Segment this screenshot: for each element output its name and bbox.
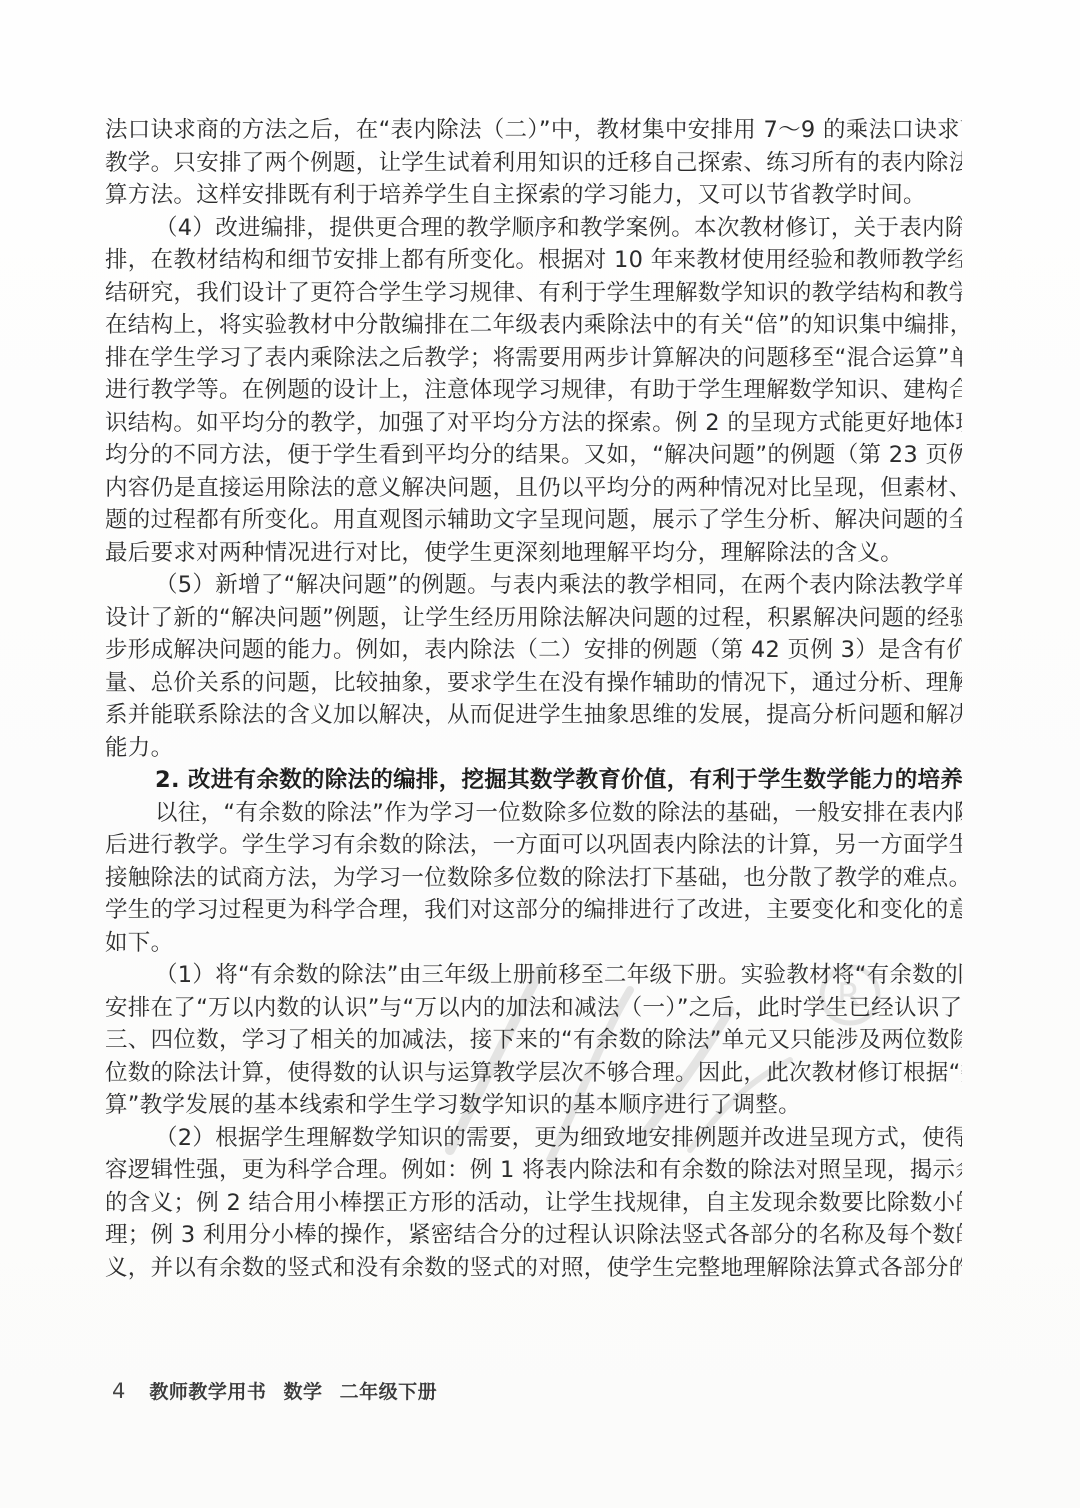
page-footer: 4 教师教学用书 数学 二年级下册 xyxy=(112,1377,447,1404)
text-line: 题的过程都有所变化。用直观图示辅助文字呈现问题，展示了学生分析、解决问题的全过程… xyxy=(105,504,962,537)
book-title-grade: 二年级下册 xyxy=(340,1381,438,1403)
document-page: R 法口诀求商的方法之后，在“表内除法（二）”中，教材集中安排用 7～9 的乘法… xyxy=(0,0,1080,1508)
page-number: 4 xyxy=(112,1379,125,1403)
paragraph-last-line: 算”教学发展的基本线索和学生学习数学知识的基本顺序进行了调整。 xyxy=(105,1089,962,1122)
paragraph-last-line: 能力。 xyxy=(105,732,962,765)
text-line: 义，并以有余数的竖式和没有余数的竖式的对照，使学生完整地理解除法算式各部分的含 xyxy=(105,1252,962,1285)
paragraph-first-line: （2）根据学生理解数学知识的需要，更为细致地安排例题并改进呈现方式，使得教学内 xyxy=(105,1122,962,1155)
paragraph-first-line: （1）将“有余数的除法”由三年级上册前移至二年级下册。实验教材将“有余数的除法” xyxy=(105,959,962,992)
text-line: 法口诀求商的方法之后，在“表内除法（二）”中，教材集中安排用 7～9 的乘法口诀… xyxy=(105,114,962,147)
book-title: 教师教学用书 数学 二年级下册 xyxy=(149,1377,447,1404)
text-line: 进行教学等。在例题的设计上，注意体现学习规律，有助于学生理解数学知识、建构合理的… xyxy=(105,374,962,407)
text-line: 位数的除法计算，使得数的认识与运算教学层次不够合理。因此，此次教材修订根据“数与… xyxy=(105,1057,962,1090)
text-line: 识结构。如平均分的教学，加强了对平均分方法的探索。例 2 的呈现方式能更好地体现… xyxy=(105,407,962,440)
book-title-subject: 数学 xyxy=(284,1381,323,1403)
paragraph-last-line: 如下。 xyxy=(105,927,962,960)
text-line: 容逻辑性强，更为科学合理。例如：例 1 将表内除法和有余数的除法对照呈现，揭示余… xyxy=(105,1154,962,1187)
text-line: 系并能联系除法的含义加以解决，从而促进学生抽象思维的发展，提高分析问题和解决问题… xyxy=(105,699,962,732)
paragraph-first-line: （5）新增了“解决问题”的例题。与表内乘法的教学相同，在两个表内除法教学单元中都 xyxy=(105,569,962,602)
text-line: 学生的学习过程更为科学合理，我们对这部分的编排进行了改进，主要变化和变化的意义 xyxy=(105,894,962,927)
book-title-part: 教师教学用书 xyxy=(149,1381,266,1403)
text-line: 接触除法的试商方法，为学习一位数除多位数的除法打下基础，也分散了教学的难点。为了… xyxy=(105,862,962,895)
text-line: 均分的不同方法，便于学生看到平均分的结果。又如，“解决问题”的例题（第 23 页… xyxy=(105,439,962,472)
paragraph-first-line: （4）改进编排，提供更合理的教学顺序和教学案例。本次教材修订，关于表内除法的编 xyxy=(105,212,962,245)
paragraph-last-line: 算方法。这样安排既有利于培养学生自主探索的学习能力，又可以节省教学时间。 xyxy=(105,179,962,212)
paragraph-first-line: 以往，“有余数的除法”作为学习一位数除多位数的除法的基础，一般安排在表内除法之 xyxy=(105,797,962,830)
text-line: 步形成解决问题的能力。例如，表内除法（二）安排的例题（第 42 页例 3）是含有… xyxy=(105,634,962,667)
text-line: 排在学生学习了表内乘除法之后教学；将需要用两步计算解决的问题移至“混合运算”单元… xyxy=(105,342,962,375)
section-heading: 2. 改进有余数的除法的编排，挖掘其数学教育价值，有利于学生数学能力的培养 xyxy=(105,764,962,797)
text-line: 排，在教材结构和细节安排上都有所变化。根据对 10 年来教材使用经验和教师教学经… xyxy=(105,244,962,277)
text-line: 三、四位数，学习了相关的加减法，接下来的“有余数的除法”单元又只能涉及两位数除以… xyxy=(105,1024,962,1057)
text-line: 安排在了“万以内数的认识”与“万以内的加法和减法（一）”之后，此时学生已经认识了 xyxy=(105,992,962,1025)
text-line: 教学。只安排了两个例题，让学生试着利用知识的迁移自己探索、练习所有的表内除法题的… xyxy=(105,147,962,180)
text-line: 结研究，我们设计了更符合学生学习规律、有利于学生理解数学知识的教学结构和教学案例… xyxy=(105,277,962,310)
text-line: 设计了新的“解决问题”例题，让学生经历用除法解决问题的过程，积累解决问题的经验，… xyxy=(105,602,962,635)
body-text: 法口诀求商的方法之后，在“表内除法（二）”中，教材集中安排用 7～9 的乘法口诀… xyxy=(105,114,965,1284)
text-line: 的含义；例 2 结合用小棒摆正方形的活动，让学生找规律，自主发现余数要比除数小的… xyxy=(105,1187,962,1220)
paragraph-last-line: 最后要求对两种情况进行对比，使学生更深刻地理解平均分，理解除法的含义。 xyxy=(105,537,962,570)
text-line: 后进行教学。学生学习有余数的除法，一方面可以巩固表内除法的计算，另一方面学生将初… xyxy=(105,829,962,862)
text-line: 在结构上，将实验教材中分散编排在二年级表内乘除法中的有关“倍”的知识集中编排，并… xyxy=(105,309,962,342)
text-line: 理；例 3 利用分小棒的操作，紧密结合分的过程认识除法竖式各部分的名称及每个数的… xyxy=(105,1219,962,1252)
text-line: 量、总价关系的问题，比较抽象，要求学生在没有操作辅助的情况下，通过分析、理解数量… xyxy=(105,667,962,700)
text-line: 内容仍是直接运用除法的意义解决问题，且仍以平均分的两种情况对比呈现，但素材、解决… xyxy=(105,472,962,505)
